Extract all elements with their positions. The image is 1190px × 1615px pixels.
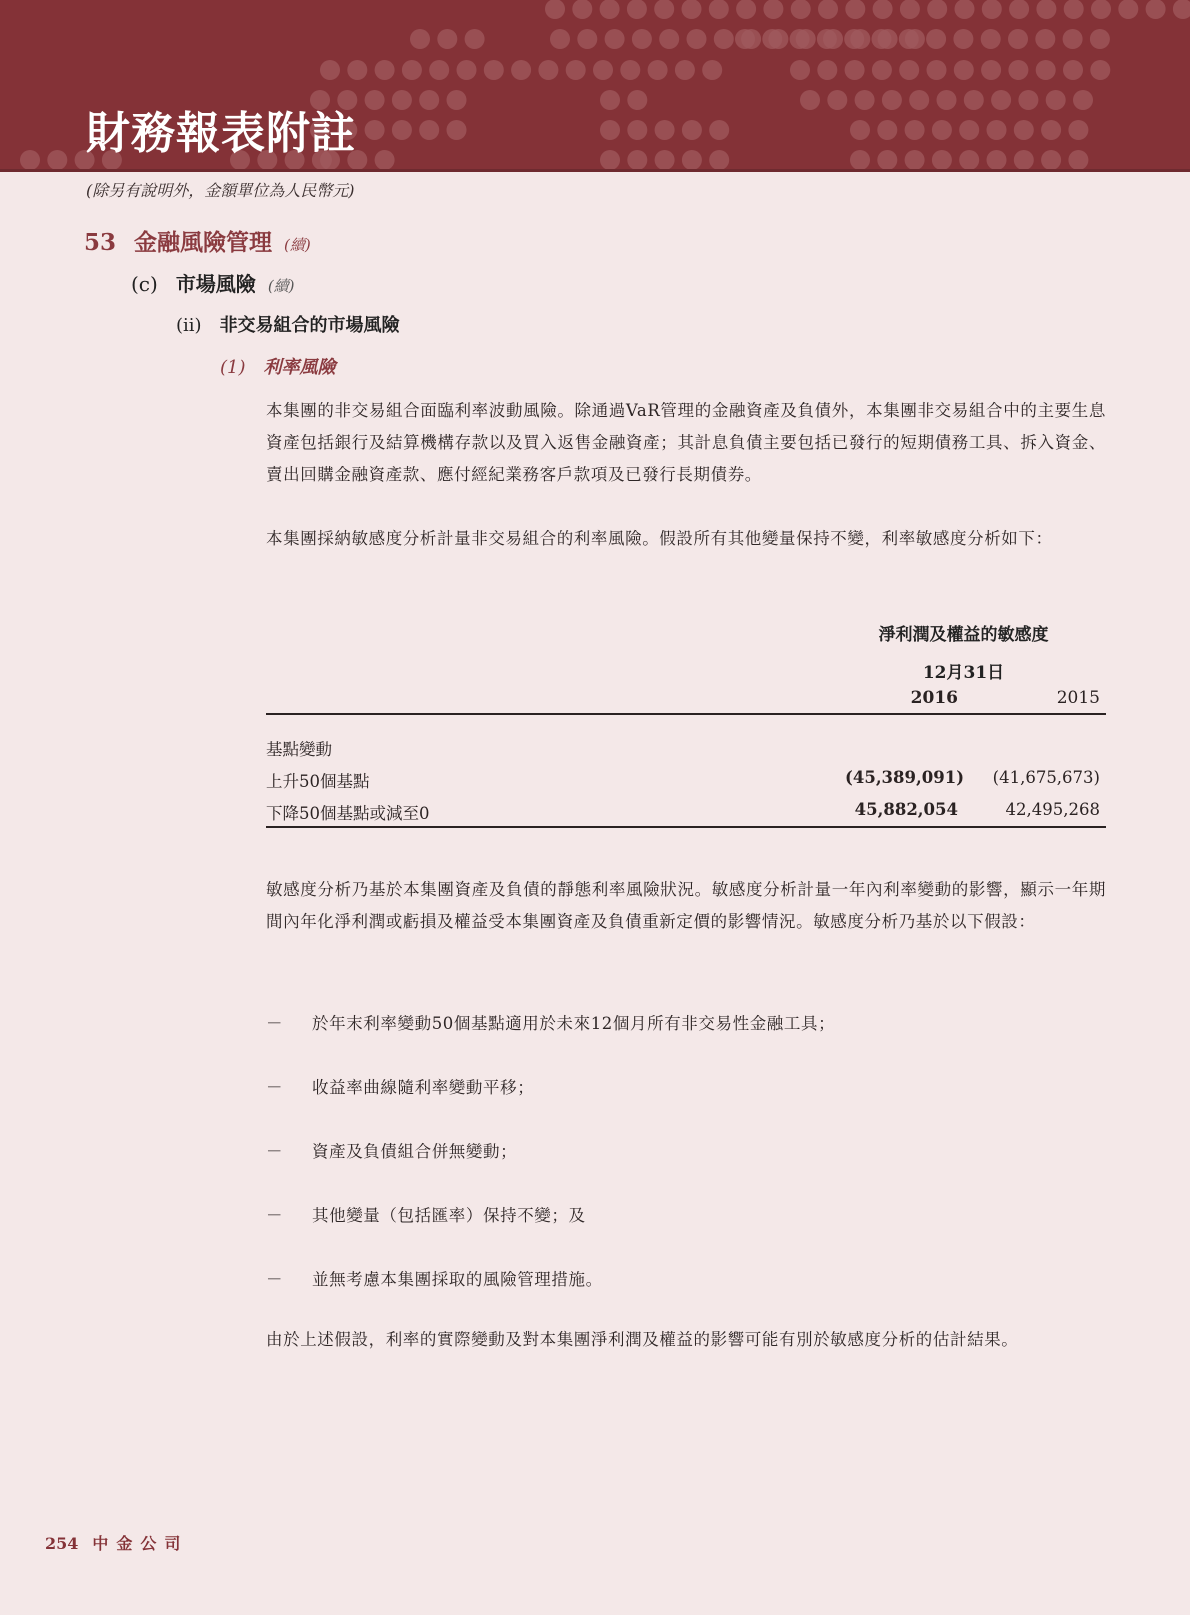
row-label: 上升50個基點 [266, 768, 370, 792]
section-heading-53: 53金融風險管理(續) [84, 224, 311, 257]
section-number: 53 [84, 229, 116, 256]
company-name: 中金公司 [92, 1534, 188, 1553]
table-bottom-rule [266, 826, 1106, 828]
subsection-heading-ii: (ii)非交易組合的市場風險 [176, 311, 400, 337]
subsection-title: 利率風險 [264, 357, 336, 378]
column-header-2015: 2015 [1057, 688, 1100, 708]
table-row: 上升50個基點 (45,389,091) (41,675,673) [266, 768, 1106, 796]
cell-2015: 42,495,268 [1006, 800, 1100, 819]
subsection-heading-1: (1)利率風險 [220, 353, 336, 379]
page-footer: 254中金公司 [45, 1531, 188, 1554]
list-item-text: 其他變量（包括匯率）保持不變；及 [312, 1202, 586, 1226]
table-row: 下降50個基點或減至0 45,882,054 42,495,268 [266, 800, 1106, 828]
continued-label: (續) [284, 236, 311, 254]
continued-label: (續) [268, 277, 295, 295]
table-date-header: 12月31日 [821, 658, 1106, 683]
paragraph-interest-exposure: 本集團的非交易組合面臨利率波動風險。除通過VaR管理的金融資產及負債外，本集團非… [266, 395, 1106, 491]
paragraph-sensitivity-intro: 本集團採納敏感度分析計量非交易組合的利率風險。假設所有其他變量保持不變，利率敏感… [266, 523, 1106, 555]
table-section-row: 基點變動 [266, 736, 1106, 764]
list-item-text: 並無考慮本集團採取的風險管理措施。 [312, 1266, 603, 1290]
subsection-heading-c: (c)市場風險(續) [131, 268, 295, 297]
header-band: 財務報表附註 [0, 0, 1190, 172]
cell-2016: (45,389,091) [845, 768, 964, 787]
subsection-label: (1) [220, 357, 246, 378]
list-item-text: 於年末利率變動50個基點適用於未來12個月所有非交易性金融工具； [312, 1010, 835, 1034]
list-item-text: 資產及負債組合併無變動； [312, 1138, 517, 1162]
table-section-label: 基點變動 [266, 736, 332, 760]
list-item-text: 收益率曲線隨利率變動平移； [312, 1074, 534, 1098]
column-header-2016: 2016 [911, 688, 958, 708]
page-title: 財務報表附註 [86, 106, 356, 162]
cell-2016: 45,882,054 [855, 800, 958, 819]
table-group-header: 淨利潤及權益的敏感度 [821, 620, 1106, 645]
dash-bullet-icon: － [266, 1010, 286, 1034]
dash-bullet-icon: － [266, 1202, 286, 1226]
row-label: 下降50個基點或減至0 [266, 800, 430, 824]
dash-bullet-icon: － [266, 1138, 286, 1162]
dash-bullet-icon: － [266, 1266, 286, 1290]
section-title: 金融風險管理 [134, 229, 272, 256]
paragraph-conclusion: 由於上述假設，利率的實際變動及對本集團淨利潤及權益的影響可能有別於敏感度分析的估… [266, 1324, 1106, 1356]
subsection-label: (c) [131, 272, 158, 296]
unit-note: (除另有說明外，金額單位為人民幣元) [86, 178, 355, 201]
table-header-rule [266, 713, 1106, 715]
sensitivity-table: 淨利潤及權益的敏感度 12月31日 2016 2015 基點變動 上升50個基點… [266, 620, 1106, 830]
page-number: 254 [45, 1534, 78, 1553]
dash-bullet-icon: － [266, 1074, 286, 1098]
subsection-label: (ii) [176, 315, 202, 336]
cell-2015: (41,675,673) [993, 768, 1100, 787]
subsection-title: 非交易組合的市場風險 [220, 315, 400, 336]
subsection-title: 市場風險 [176, 272, 256, 296]
paragraph-sensitivity-basis: 敏感度分析乃基於本集團資產及負債的靜態利率風險狀況。敏感度分析計量一年內利率變動… [266, 874, 1106, 938]
